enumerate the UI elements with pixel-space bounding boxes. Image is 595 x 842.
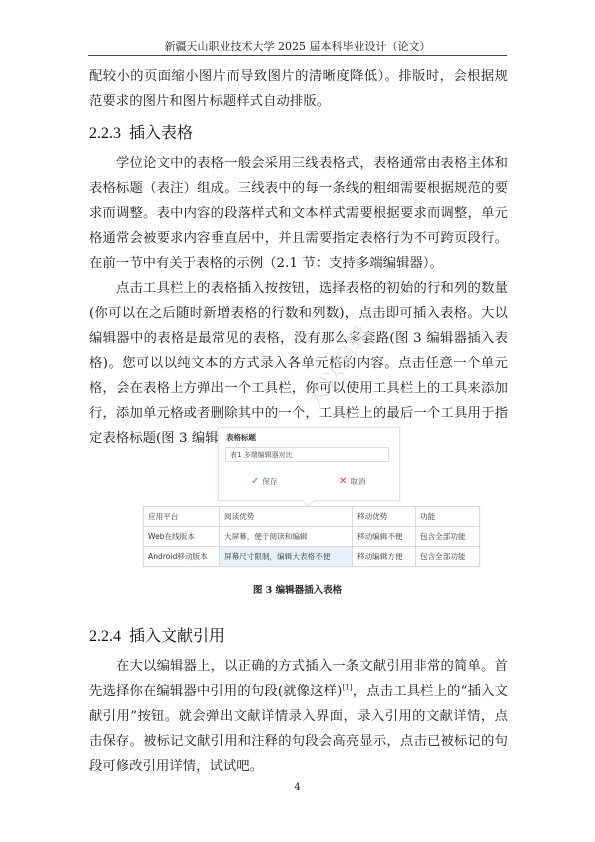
table-cell[interactable]: 移动编辑方便 <box>353 547 416 567</box>
table-cell[interactable]: 应用平台 <box>144 507 220 527</box>
table-cell[interactable]: 包含全部功能 <box>416 527 480 547</box>
popup-title: 表格标题 <box>226 432 256 443</box>
table-cell[interactable]: 移动优势 <box>353 507 416 527</box>
table-cell-selected[interactable]: 屏幕尺寸限制，编辑大表格不便 <box>220 547 353 567</box>
section-title: 插入文献引用 <box>129 626 225 645</box>
table-cell[interactable]: 大屏幕，便于阅读和编辑 <box>220 527 353 547</box>
cancel-label: 取消 <box>350 476 365 487</box>
table-header-row: 应用平台 阅读优势 移动优势 功能 <box>144 507 480 527</box>
section-number: 2.2.3 <box>89 125 121 142</box>
section-heading-2-2-4: 2.2.4插入文献引用 <box>89 626 225 647</box>
save-label: 保存 <box>262 476 277 487</box>
citation-marker[interactable]: [1] <box>342 684 352 692</box>
paragraph-continued: 配较小的页面缩小图片而导致图片的清晰度降低）。排版时，会根据规范要求的图片和图片… <box>89 64 508 114</box>
table-cell[interactable]: 移动编辑不便 <box>353 527 416 547</box>
paragraph-citation: 在大以编辑器上，以正确的方式插入一条文献引用非常的简单。首先选择你在编辑器中引用… <box>89 654 508 779</box>
page-header: 新疆天山职业技术大学 2025 届本科毕业设计（论文） <box>88 38 507 56</box>
paragraph-table-intro: 学位论文中的表格一般会采用三线表格式，表格通常由表格主体和表格标题（表注）组成。… <box>89 151 508 276</box>
paragraph-table-insert: 点击工具栏上的表格插入按按钮，选择表格的初始的行和列的数量(你可以在之后随时新增… <box>89 276 508 451</box>
table-cell[interactable]: 功能 <box>416 507 480 527</box>
table-row: Web在线版本 大屏幕，便于阅读和编辑 移动编辑不便 包含全部功能 <box>144 527 480 547</box>
figure-caption: 图 3 编辑器插入表格 <box>0 582 595 596</box>
table-caption-popup: 表格标题 表1 多端编辑器对比 ✓ 保存 ✕ 取消 <box>218 427 400 501</box>
table-caption-input[interactable]: 表1 多端编辑器对比 <box>225 447 389 462</box>
table-row: Android移动版本 屏幕尺寸限制，编辑大表格不便 移动编辑方便 包含全部功能 <box>144 547 480 567</box>
table-cell[interactable]: Android移动版本 <box>144 547 220 567</box>
check-icon: ✓ <box>251 476 259 487</box>
section-number: 2.2.4 <box>89 628 121 645</box>
editor-table: 应用平台 阅读优势 移动优势 功能 Web在线版本 大屏幕，便于阅读和编辑 移动… <box>143 506 480 567</box>
section-title: 插入表格 <box>129 123 193 142</box>
popup-arrow <box>302 494 315 507</box>
close-icon: ✕ <box>339 476 347 487</box>
section-heading-2-2-3: 2.2.3插入表格 <box>89 123 193 144</box>
table-cell[interactable]: 阅读优势 <box>220 507 353 527</box>
page-number: 4 <box>0 782 595 793</box>
save-button[interactable]: ✓ 保存 <box>251 476 277 487</box>
table-cell[interactable]: Web在线版本 <box>144 527 220 547</box>
table-cell[interactable]: 包含全部功能 <box>416 547 480 567</box>
cancel-button[interactable]: ✕ 取消 <box>339 476 365 487</box>
